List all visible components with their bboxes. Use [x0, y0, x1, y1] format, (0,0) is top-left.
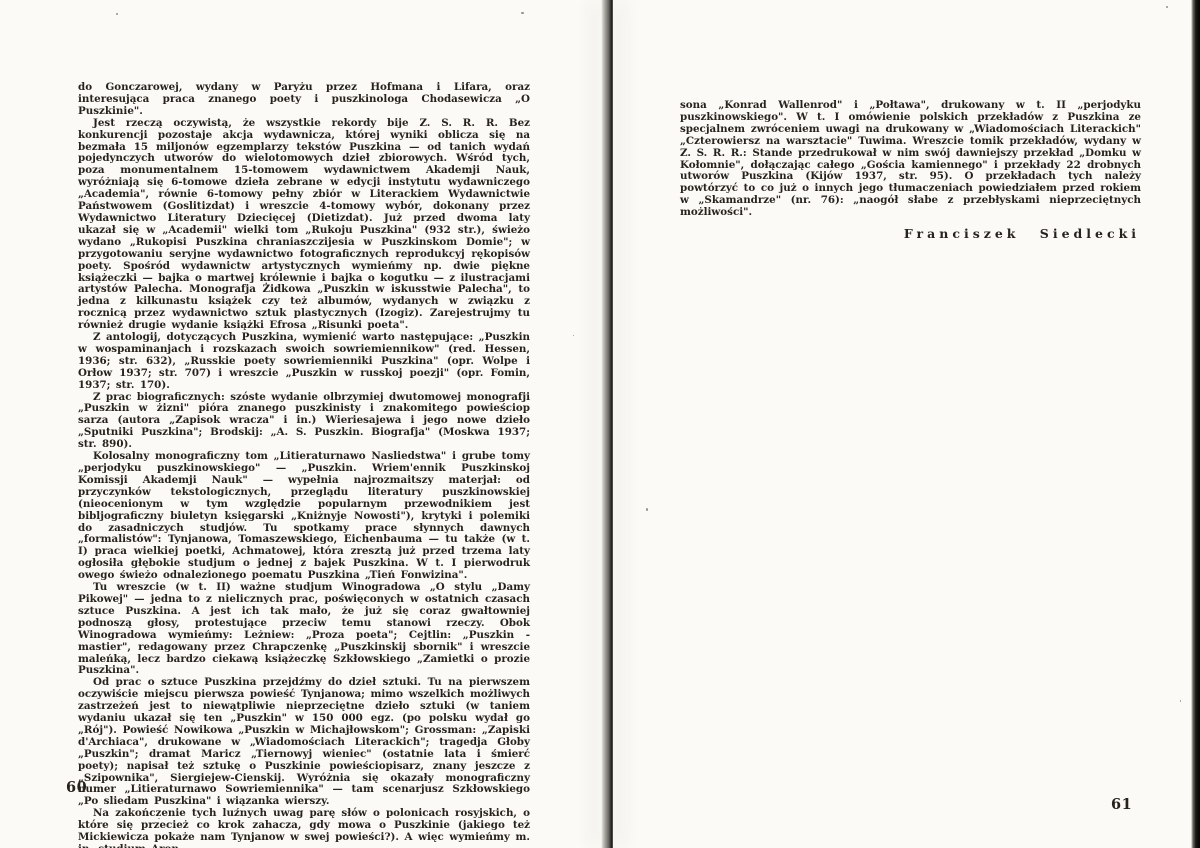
paragraph: Od prac o sztuce Puszkina przejdźmy do d… — [78, 677, 530, 808]
scan-speck — [573, 335, 574, 336]
paragraph: Z antologij, dotyczących Puszkina, wymie… — [78, 332, 530, 392]
paragraph: sona „Konrad Wallenrod" i „Połtawa", dru… — [680, 100, 1141, 219]
scan-speck — [1166, 6, 1168, 8]
page-number-left: 60 — [66, 779, 87, 796]
scan-speck — [521, 12, 524, 14]
paragraph: Z prac biograficznych: szóste wydanie ol… — [78, 392, 530, 452]
page-right: sona „Konrad Wallenrod" i „Połtawa", dru… — [680, 100, 1141, 240]
book-gutter-shadow — [601, 0, 613, 848]
scan-speck — [646, 508, 648, 511]
author-signature: Franciszek Siedlecki — [680, 228, 1140, 240]
scan-speck — [158, 818, 160, 819]
page-number-right: 61 — [1111, 796, 1132, 813]
paragraph: do Gonczarowej, wydany w Paryżu przez Ho… — [78, 82, 530, 118]
scan-speck — [96, 120, 97, 122]
paragraph: Tu wreszcie (w t. II) ważne studjum Wino… — [78, 582, 530, 677]
book-scan: do Gonczarowej, wydany w Paryżu przez Ho… — [0, 0, 1200, 848]
scan-edge — [1191, 0, 1200, 848]
scan-speck — [116, 13, 118, 15]
paragraph: Jest rzeczą oczywistą, że wszystkie reko… — [78, 118, 530, 332]
paragraph: Kolosalny monograficzny tom „Litieraturn… — [78, 451, 530, 582]
scan-speck — [1180, 700, 1181, 702]
paragraph: Na zakończenie tych luźnych uwag parę sł… — [78, 808, 530, 848]
page-left: do Gonczarowej, wydany w Paryżu przez Ho… — [78, 82, 530, 848]
